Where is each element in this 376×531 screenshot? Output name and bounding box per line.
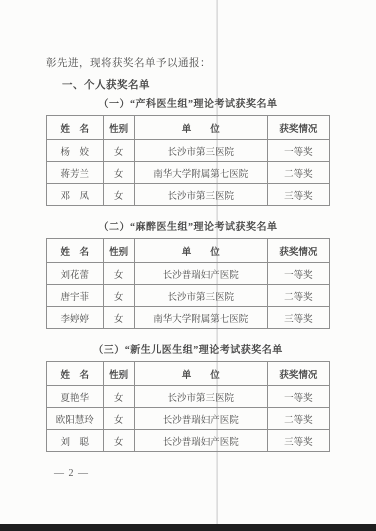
col-header-unit: 单 位 [134,239,267,263]
award-table-obstetricians: 姓 名 性别 单 位 获奖情况 杨 姣 女 长沙市第三医院 一等奖 蒋芳兰 女 … [46,115,330,206]
col-header-award: 获奖情况 [267,239,329,263]
table-row: 唐宇菲 女 长沙市第三医院 二等奖 [47,285,330,307]
award-table-anesthesiologists: 姓 名 性别 单 位 获奖情况 刘花蕾 女 长沙普瑞妇产医院 一等奖 唐宇菲 女… [46,238,330,329]
cell-gender: 女 [103,285,134,307]
col-header-award: 获奖情况 [267,116,329,140]
cell-gender: 女 [103,430,134,452]
cell-name: 夏艳华 [47,386,104,408]
table-1-title: （一）“产科医生组”理论考试获奖名单 [46,98,330,111]
cell-name: 邓 凤 [47,184,104,206]
cell-award: 一等奖 [267,140,329,162]
cell-award: 二等奖 [267,408,329,430]
col-header-unit: 单 位 [134,116,267,140]
col-header-unit: 单 位 [134,362,267,386]
cell-gender: 女 [103,184,134,206]
award-table-neonatologists: 姓 名 性别 单 位 获奖情况 夏艳华 女 长沙市第三医院 一等奖 欧阳慧玲 女… [46,361,330,452]
cell-award: 三等奖 [267,430,329,452]
cell-name: 杨 姣 [47,140,104,162]
section-heading: 一、个人获奖名单 [62,79,330,92]
cell-name: 唐宇菲 [47,285,104,307]
cell-unit: 长沙普瑞妇产医院 [134,408,267,430]
cell-gender: 女 [103,386,134,408]
cell-gender: 女 [103,263,134,285]
cell-award: 二等奖 [267,285,329,307]
cell-unit: 长沙普瑞妇产医院 [134,263,267,285]
cell-award: 二等奖 [267,162,329,184]
cell-name: 蒋芳兰 [47,162,104,184]
cell-name: 刘花蕾 [47,263,104,285]
col-header-name: 姓 名 [47,116,104,140]
cell-name: 刘 聪 [47,430,104,452]
cell-name: 李婷婷 [47,307,104,329]
page-number: — 2 — [54,468,89,479]
table-header-row: 姓 名 性别 单 位 获奖情况 [47,239,330,263]
cell-unit: 长沙市第三医院 [134,285,267,307]
cell-award: 一等奖 [267,263,329,285]
col-header-gender: 性别 [103,239,134,263]
table-row: 李婷婷 女 南华大学附属第七医院 三等奖 [47,307,330,329]
table-row: 刘 聪 女 长沙普瑞妇产医院 三等奖 [47,430,330,452]
cell-unit: 南华大学附属第七医院 [134,162,267,184]
col-header-name: 姓 名 [47,239,104,263]
col-header-name: 姓 名 [47,362,104,386]
cell-unit: 南华大学附属第七医院 [134,307,267,329]
cell-gender: 女 [103,140,134,162]
table-row: 夏艳华 女 长沙市第三医院 一等奖 [47,386,330,408]
table-2-title: （二）“麻醉医生组”理论考试获奖名单 [46,221,330,234]
table-row: 邓 凤 女 长沙市第三医院 三等奖 [47,184,330,206]
cell-gender: 女 [103,408,134,430]
col-header-gender: 性别 [103,362,134,386]
cell-award: 三等奖 [267,307,329,329]
table-header-row: 姓 名 性别 单 位 获奖情况 [47,116,330,140]
table-header-row: 姓 名 性别 单 位 获奖情况 [47,362,330,386]
col-header-award: 获奖情况 [267,362,329,386]
cell-gender: 女 [103,162,134,184]
col-header-gender: 性别 [103,116,134,140]
table-row: 蒋芳兰 女 南华大学附属第七医院 二等奖 [47,162,330,184]
table-row: 杨 姣 女 长沙市第三医院 一等奖 [47,140,330,162]
table-3-title: （三）“新生儿医生组”理论考试获奖名单 [46,344,330,357]
cell-unit: 长沙市第三医院 [134,386,267,408]
cell-unit: 长沙市第三医院 [134,140,267,162]
cell-unit: 长沙市第三医院 [134,184,267,206]
table-row: 欧阳慧玲 女 长沙普瑞妇产医院 二等奖 [47,408,330,430]
document-content: 彰先进，现将获奖名单予以通报： 一、个人获奖名单 （一）“产科医生组”理论考试获… [0,0,376,452]
table-row: 刘花蕾 女 长沙普瑞妇产医院 一等奖 [47,263,330,285]
cell-unit: 长沙普瑞妇产医院 [134,430,267,452]
cell-award: 三等奖 [267,184,329,206]
document-page: 彰先进，现将获奖名单予以通报： 一、个人获奖名单 （一）“产科医生组”理论考试获… [0,0,376,531]
intro-text: 彰先进，现将获奖名单予以通报： [46,57,330,70]
cell-gender: 女 [103,307,134,329]
scan-edge-bar [0,524,376,531]
cell-award: 一等奖 [267,386,329,408]
cell-name: 欧阳慧玲 [47,408,104,430]
